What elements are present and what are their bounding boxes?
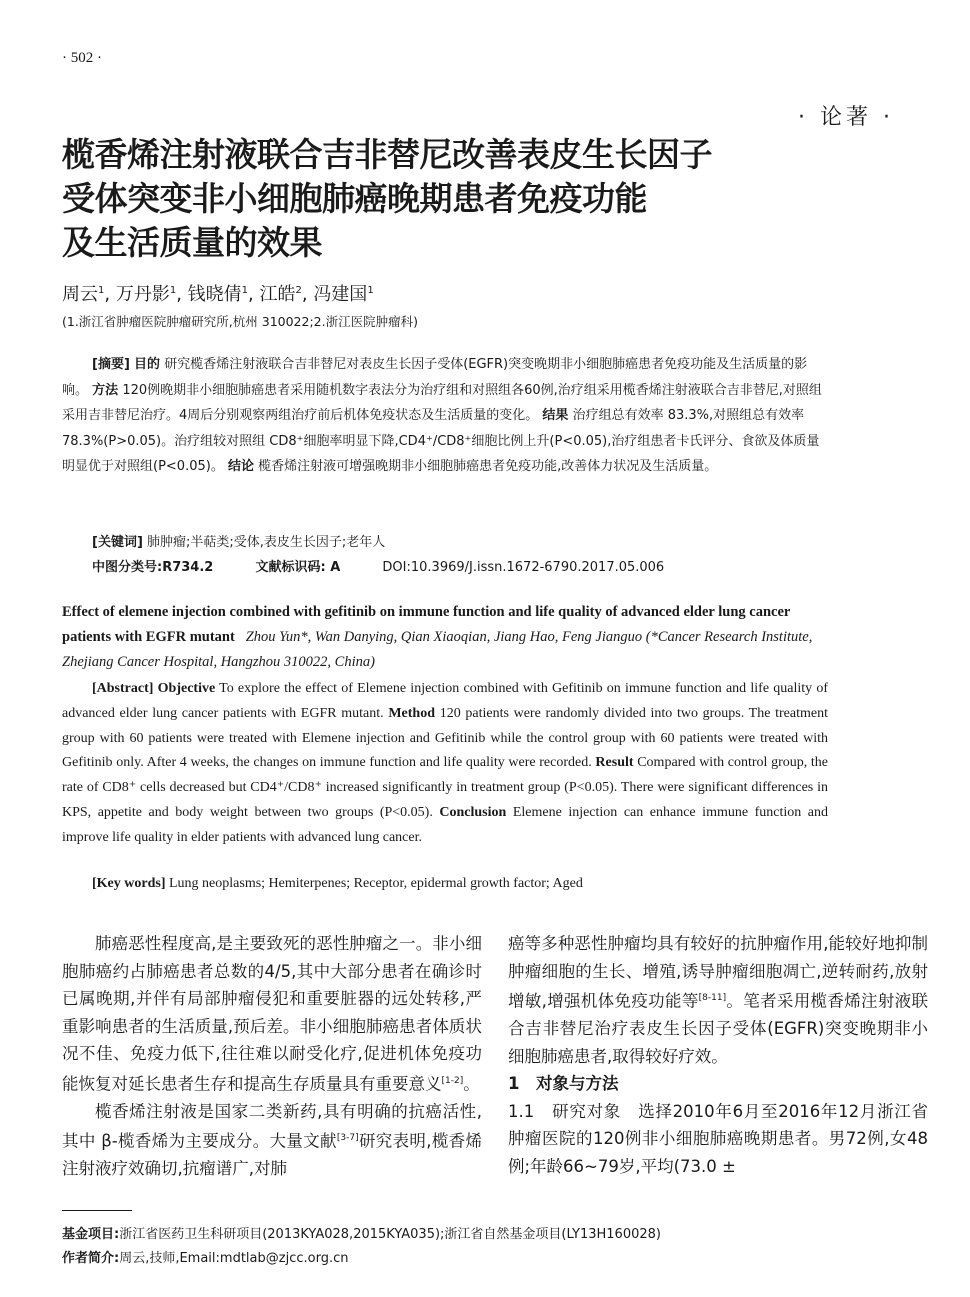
author-name: 钱晓倩 bbox=[188, 284, 242, 305]
clc-number: 中图分类号:R734.2 bbox=[92, 560, 213, 575]
author-footnote: 作者简介:周云,技师,Email:mdtlab@zjcc.org.cn bbox=[62, 1247, 348, 1266]
english-keywords: [Key words] Lung neoplasms; Hemiterpenes… bbox=[92, 876, 583, 892]
title-line: 及生活质量的效果 bbox=[62, 221, 712, 265]
section-heading: 1 对象与方法 bbox=[508, 1070, 928, 1098]
body-paragraph: 肺癌恶性程度高,是主要致死的恶性肿瘤之一。非小细胞肺癌约占肺癌患者总数的4/5,… bbox=[62, 930, 482, 1098]
method-label: Method bbox=[388, 706, 435, 721]
abstract-label: [摘要] bbox=[92, 357, 130, 372]
section-tag: · 论著 · bbox=[798, 100, 894, 131]
author-bio-label: 作者简介: bbox=[62, 1251, 119, 1266]
funding-label: 基金项目: bbox=[62, 1227, 119, 1242]
body-paragraph: 1.1 研究对象 选择2010年6月至2016年12月浙江省肿瘤医院的120例非… bbox=[508, 1098, 928, 1181]
abstract-label: [Abstract] bbox=[92, 681, 153, 696]
classification-meta: 中图分类号:R734.2 文献标识码: A DOI:10.3969/J.issn… bbox=[92, 556, 702, 575]
body-paragraph: 榄香烯注射液是国家二类新药,具有明确的抗癌活性,其中 β-榄香烯为主要成分。大量… bbox=[62, 1098, 482, 1183]
author-affiliation-mark: 1 bbox=[242, 285, 248, 296]
title-line: 榄香烯注射液联合吉非替尼改善表皮生长因子 bbox=[62, 133, 712, 177]
result-label: 结果 bbox=[542, 408, 568, 423]
english-abstract: [Abstract] Objective To explore the effe… bbox=[62, 677, 828, 851]
objective-label: 目的 bbox=[134, 357, 160, 372]
footnote-divider bbox=[62, 1210, 132, 1211]
funding-footnote: 基金项目:浙江省医药卫生科研项目(2013KYA028,2015KYA035);… bbox=[62, 1223, 661, 1242]
citation[interactable]: [8-11] bbox=[699, 993, 726, 1003]
doi: DOI:10.3969/J.issn.1672-6790.2017.05.006 bbox=[382, 560, 664, 575]
keywords-text: 肺肿瘤;半萜类;受体,表皮生长因子;老年人 bbox=[147, 535, 385, 550]
author-affiliation-mark: 1 bbox=[367, 285, 373, 296]
keywords-label: [关键词] bbox=[92, 535, 143, 550]
method-label: 方法 bbox=[92, 383, 118, 398]
body-column-right: 癌等多种恶性肿瘤均具有较好的抗肿瘤作用,能较好地抑制肿瘤细胞的生长、增殖,诱导肿… bbox=[508, 930, 928, 1180]
article-title: 榄香烯注射液联合吉非替尼改善表皮生长因子 受体突变非小细胞肺癌晚期患者免疫功能 … bbox=[62, 133, 712, 265]
author-affiliation-mark: 2 bbox=[295, 285, 301, 296]
body-paragraph: 癌等多种恶性肿瘤均具有较好的抗肿瘤作用,能较好地抑制肿瘤细胞的生长、增殖,诱导肿… bbox=[508, 930, 928, 1070]
paragraph-text: 肺癌恶性程度高,是主要致死的恶性肿瘤之一。非小细胞肺癌约占肺癌患者总数的4/5,… bbox=[62, 934, 482, 1093]
paragraph-end: 。 bbox=[463, 1074, 480, 1093]
english-header: Effect of elemene injection combined wit… bbox=[62, 600, 828, 675]
author-name: 冯建国 bbox=[313, 284, 367, 305]
citation[interactable]: [1-2] bbox=[442, 1076, 464, 1086]
author-name: 周云 bbox=[62, 284, 98, 305]
author-name: 江皓 bbox=[259, 284, 295, 305]
result-label: Result bbox=[595, 755, 633, 770]
subsection-label: 1.1 研究对象 bbox=[508, 1102, 621, 1121]
conclusion-label: Conclusion bbox=[439, 805, 506, 820]
document-code: 文献标识码: A bbox=[255, 560, 340, 575]
chinese-abstract: [摘要] 目的 研究榄香烯注射液联合吉非替尼对表皮生长因子受体(EGFR)突变晚… bbox=[62, 352, 822, 480]
affiliation: (1.浙江省肿瘤医院肿瘤研究所,杭州 310022;2.浙江医院肿瘤科) bbox=[62, 312, 418, 330]
keywords-label: [Key words] bbox=[92, 876, 166, 891]
author-affiliation-mark: 1 bbox=[170, 285, 176, 296]
english-authors: Zhou Yun*, Wan Danying, Qian Xiaoqian, J… bbox=[246, 629, 642, 645]
conclusion-text: 榄香烯注射液可增强晚期非小细胞肺癌患者免疫功能,改善体力状况及生活质量。 bbox=[258, 459, 717, 474]
funding-text: 浙江省医药卫生科研项目(2013KYA028,2015KYA035);浙江省自然… bbox=[119, 1227, 661, 1242]
conclusion-label: 结论 bbox=[228, 459, 254, 474]
author-name: 万丹影 bbox=[116, 284, 170, 305]
author-list: 周云1, 万丹影1, 钱晓倩1, 江皓2, 冯建国1 bbox=[62, 280, 374, 306]
body-column-left: 肺癌恶性程度高,是主要致死的恶性肿瘤之一。非小细胞肺癌约占肺癌患者总数的4/5,… bbox=[62, 930, 482, 1183]
title-line: 受体突变非小细胞肺癌晚期患者免疫功能 bbox=[62, 177, 712, 221]
author-bio-text: 周云,技师,Email:mdtlab@zjcc.org.cn bbox=[119, 1251, 348, 1266]
citation[interactable]: [3-7] bbox=[337, 1133, 359, 1143]
keywords-text: Lung neoplasms; Hemiterpenes; Receptor, … bbox=[169, 876, 583, 891]
page-number: · 502 · bbox=[62, 50, 102, 67]
objective-label: Objective bbox=[158, 681, 216, 696]
chinese-keywords: [关键词] 肺肿瘤;半萜类;受体,表皮生长因子;老年人 bbox=[92, 531, 385, 550]
author-affiliation-mark: 1 bbox=[98, 285, 104, 296]
